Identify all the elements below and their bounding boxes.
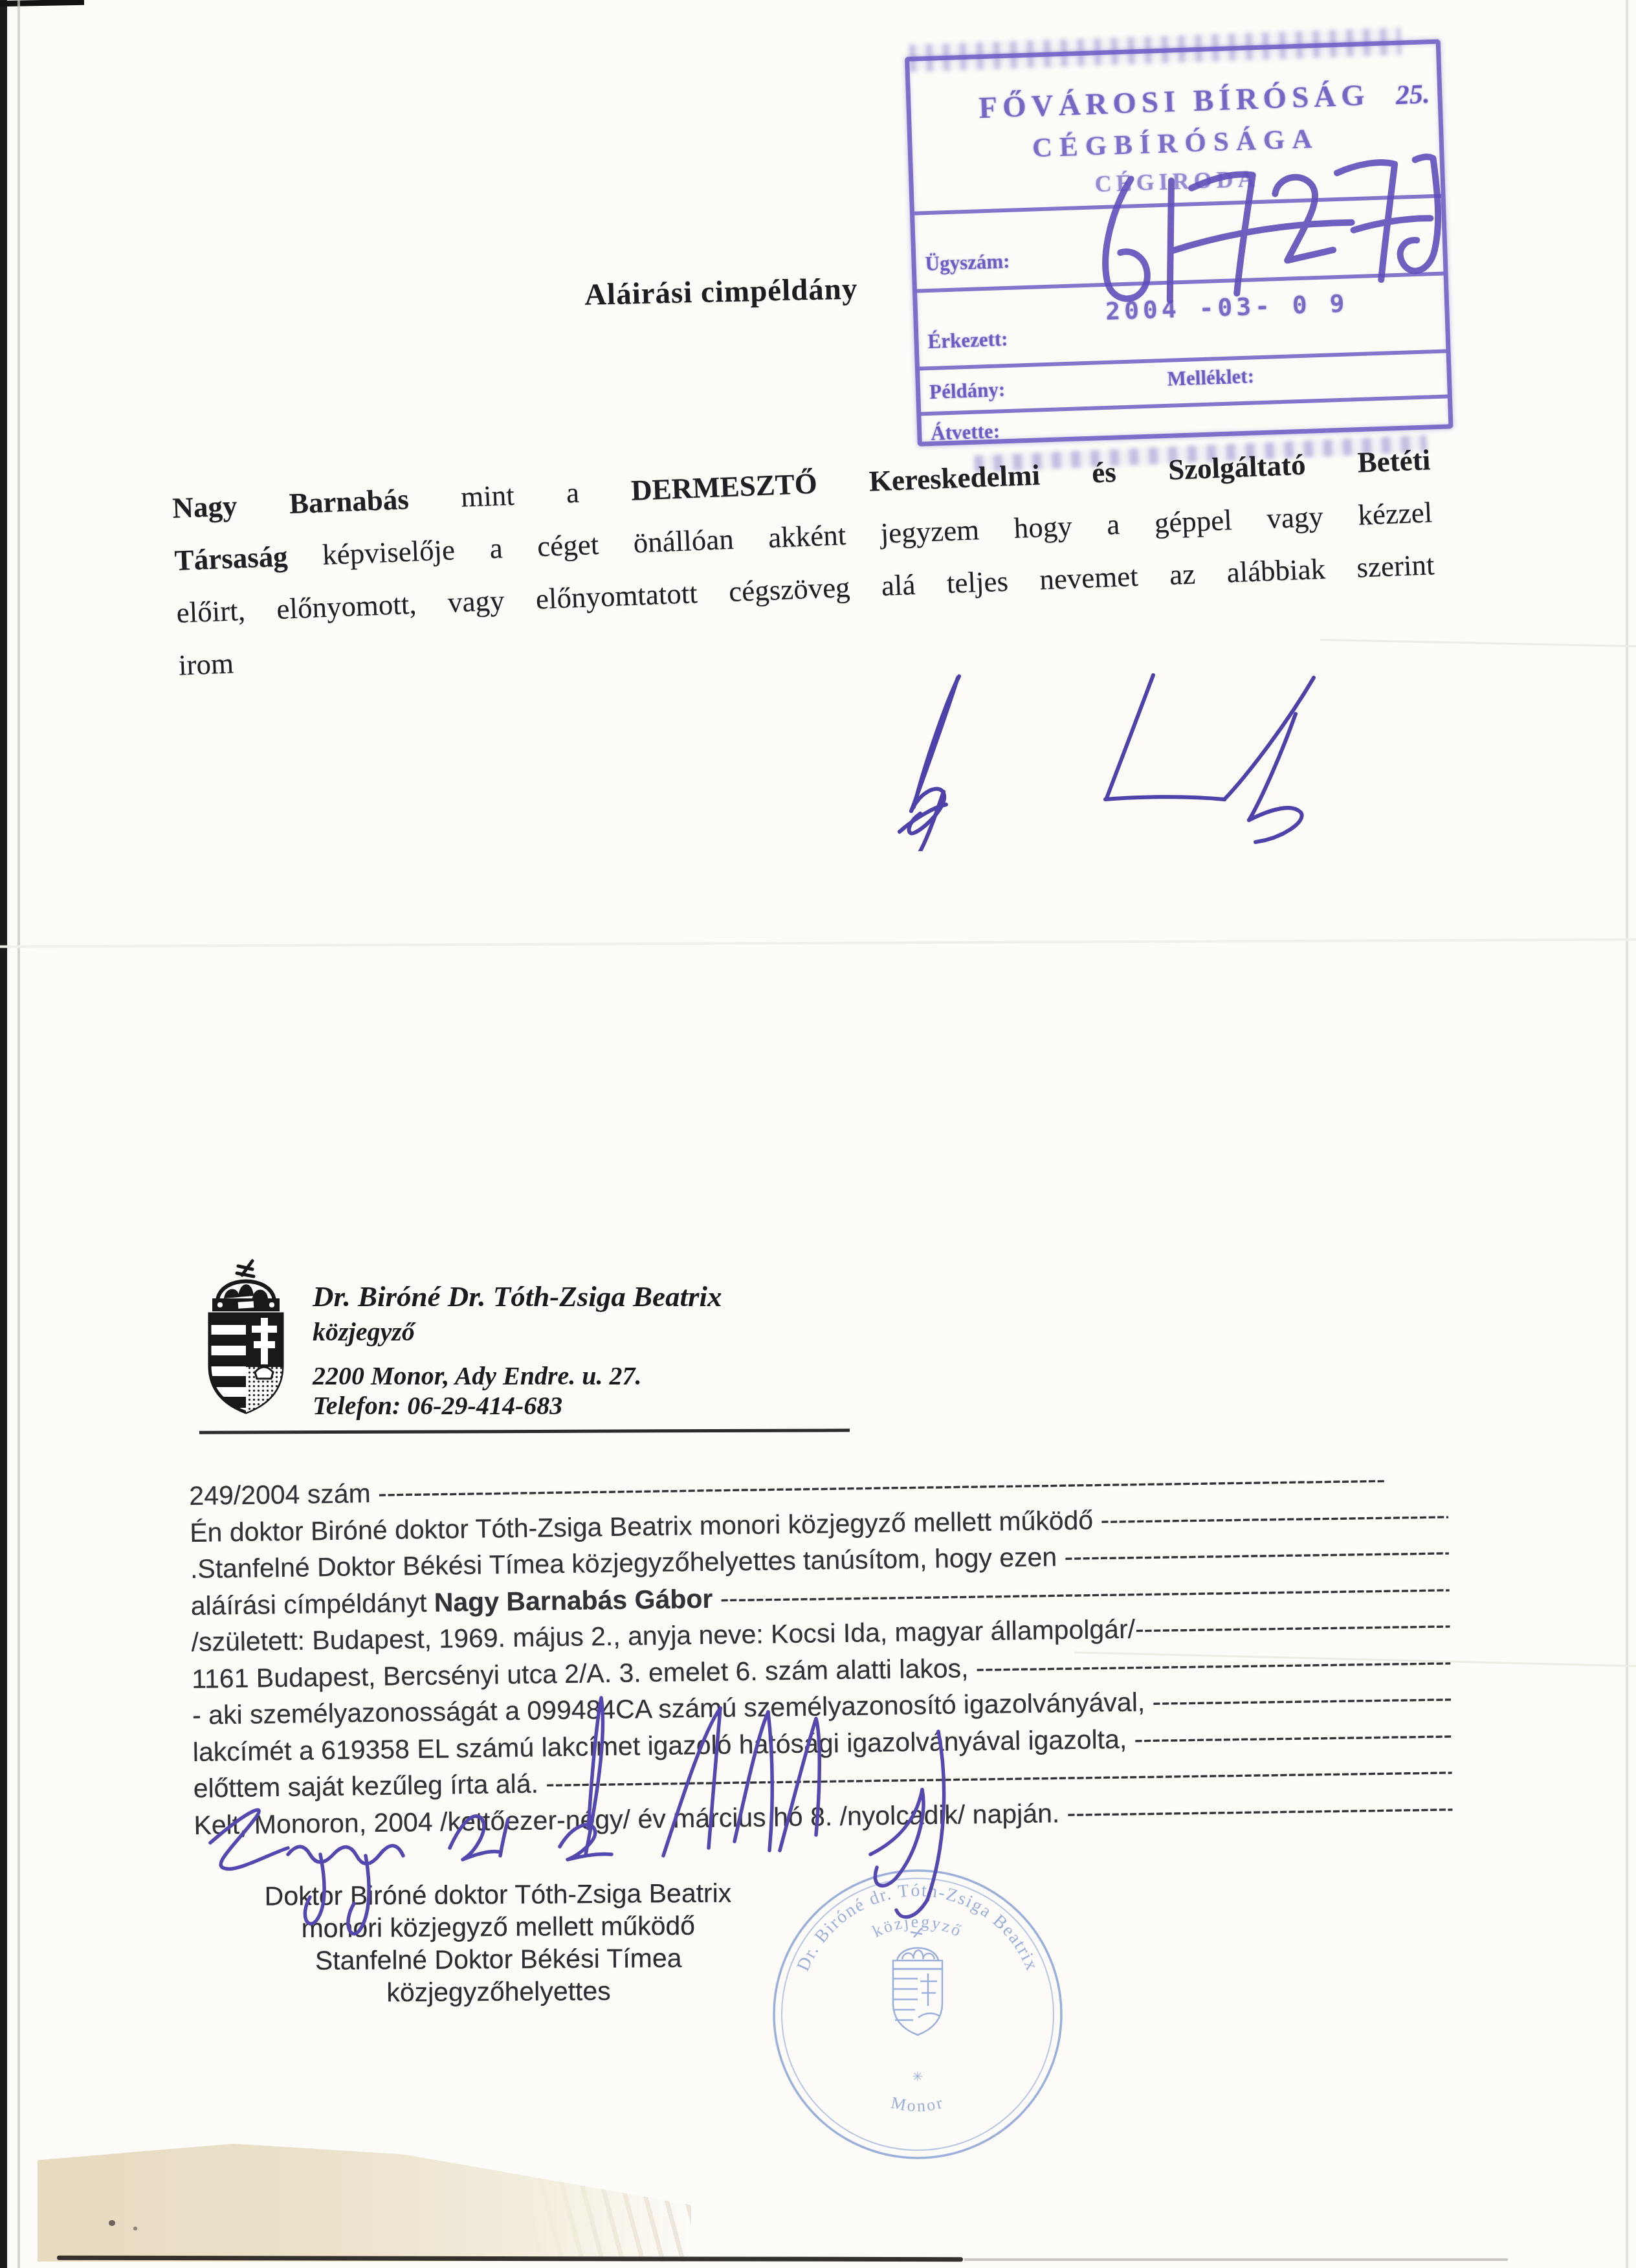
notary-phone: Telefon: 06-29-414-683 [313, 1392, 722, 1420]
scan-bottom-edge-line-faint [964, 2258, 1508, 2261]
scan-left-fold-line [17, 0, 20, 2268]
notary-letterhead: Dr. Biróné Dr. Tóth-Zsiga Beatrix közjeg… [313, 1280, 722, 1420]
stamp-label-erkezett: Érkezett: [927, 328, 1008, 353]
attestation-line: közjegyzőhelyettes [214, 1973, 783, 2010]
handwritten-case-number [1071, 135, 1446, 329]
notary-role: közjegyző [313, 1318, 722, 1346]
hungarian-coat-of-arms-icon [202, 1257, 290, 1417]
scan-top-corner-shadow [0, 0, 84, 6]
stamp-label-ugyszam: Ügyszám: [925, 250, 1010, 276]
seal-ornament-star-icon: ✳ [912, 2070, 923, 2084]
paper-crease [0, 938, 1636, 948]
document-title: Aláirási cimpéldány [584, 271, 858, 313]
stamp-label-melleklet: Melléklet: [1167, 364, 1254, 390]
seal-arc-bottom-text: Monor [889, 2093, 945, 2115]
scan-right-edge-line [1626, 0, 1628, 2268]
scan-left-edge [0, 0, 7, 2268]
svg-text:Monor: Monor [889, 2093, 945, 2115]
representative-signature [861, 638, 1340, 851]
stamp-page-number: 25. [1395, 79, 1430, 111]
scanned-notarial-document: FŐVÁROSI BÍRÓSÁG CÉGBÍRÓSÁGA CÉGIRODA 25… [0, 0, 1636, 2268]
notary-name: Dr. Biróné Dr. Tóth-Zsiga Beatrix [313, 1280, 722, 1313]
ink-smudge [133, 2227, 137, 2230]
scanner-background-patch [38, 2144, 691, 2262]
letterhead-divider [199, 1429, 850, 1434]
stamp-court-name: FŐVÁROSI BÍRÓSÁG [911, 76, 1438, 128]
notary-address: 2200 Monor, Ady Endre. u. 27. [313, 1362, 722, 1390]
stamp-label-peldany: Példány: [929, 378, 1006, 404]
deputy-notary-signature [171, 1693, 987, 1964]
ink-smudge [109, 2220, 115, 2226]
court-registry-stamp: FŐVÁROSI BÍRÓSÁG CÉGBÍRÓSÁGA CÉGIRODA 25… [905, 39, 1454, 447]
stamp-label-atvette: Átvette: [931, 419, 1000, 445]
